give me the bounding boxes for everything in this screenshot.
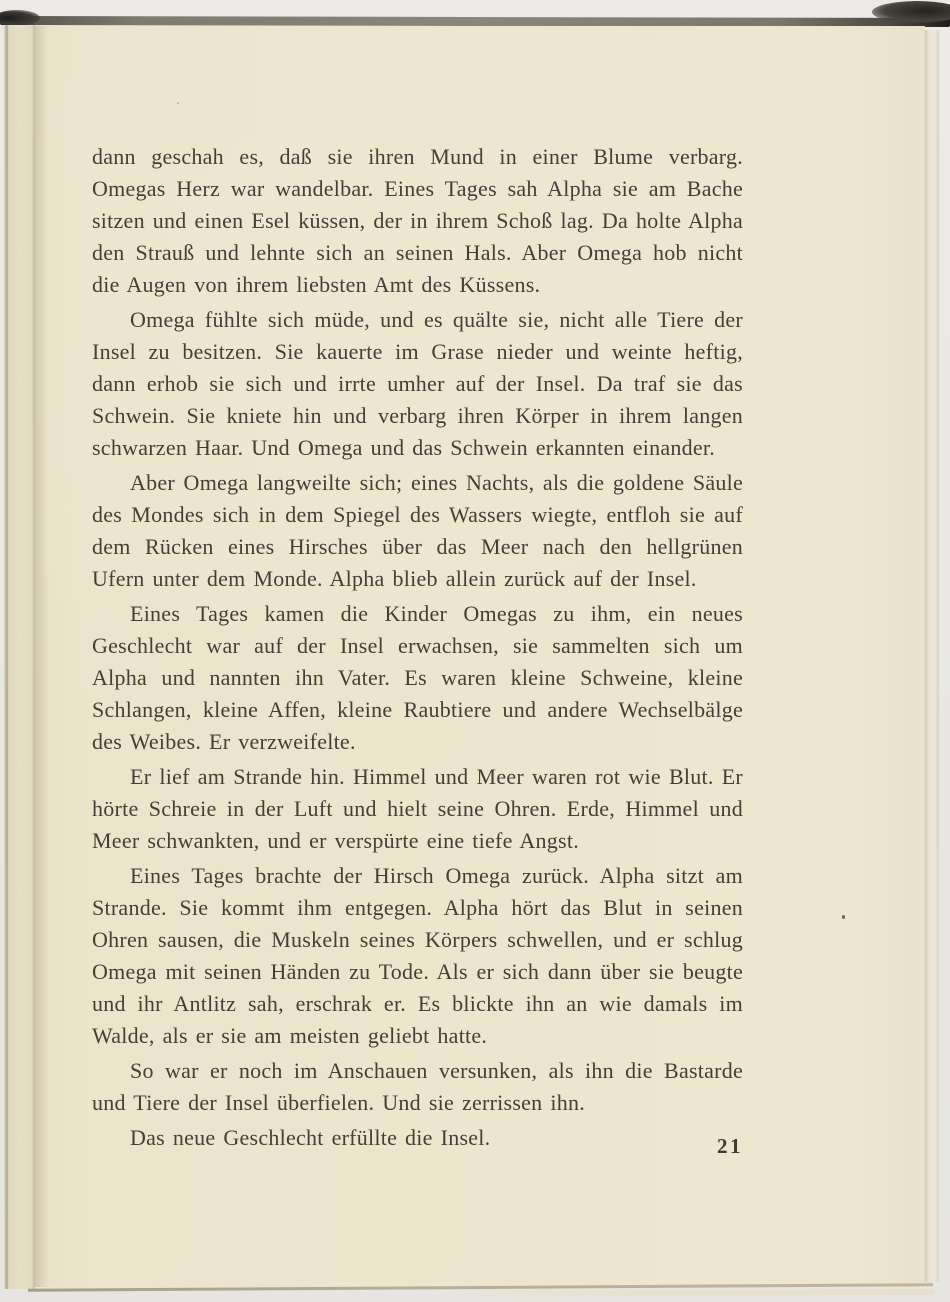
left-page-stack-edge: [3, 25, 35, 1289]
right-page-stack-edge: [925, 30, 939, 1282]
paragraph: Eines Tages brachte der Hirsch Omega zur…: [92, 860, 743, 1052]
paper-speck: [177, 102, 179, 104]
paragraph: Omega fühlte sich müde, und es quälte si…: [92, 304, 743, 464]
book-page: dann geschah es, daß sie ihren Mund in e…: [35, 26, 925, 1287]
page-number: 21: [92, 1134, 743, 1159]
paragraph: Aber Omega langweilte sich; eines Nachts…: [92, 467, 743, 595]
underlying-page-edge: [430, 1289, 935, 1298]
paragraph: So war er noch im Anschauen versunken, a…: [92, 1055, 743, 1119]
paragraph-continuation: dann geschah es, daß sie ihren Mund in e…: [92, 141, 743, 301]
gutter-crease-shadow: [35, 26, 49, 1287]
scanner-background: dann geschah es, daß sie ihren Mund in e…: [0, 0, 950, 1302]
ink-speck: [842, 915, 845, 919]
paragraph: Eines Tages kamen die Kinder Omegas zu i…: [92, 598, 743, 758]
body-text: dann geschah es, daß sie ihren Mund in e…: [92, 141, 743, 1157]
paragraph: Er lief am Strande hin. Himmel und Meer …: [92, 761, 743, 857]
